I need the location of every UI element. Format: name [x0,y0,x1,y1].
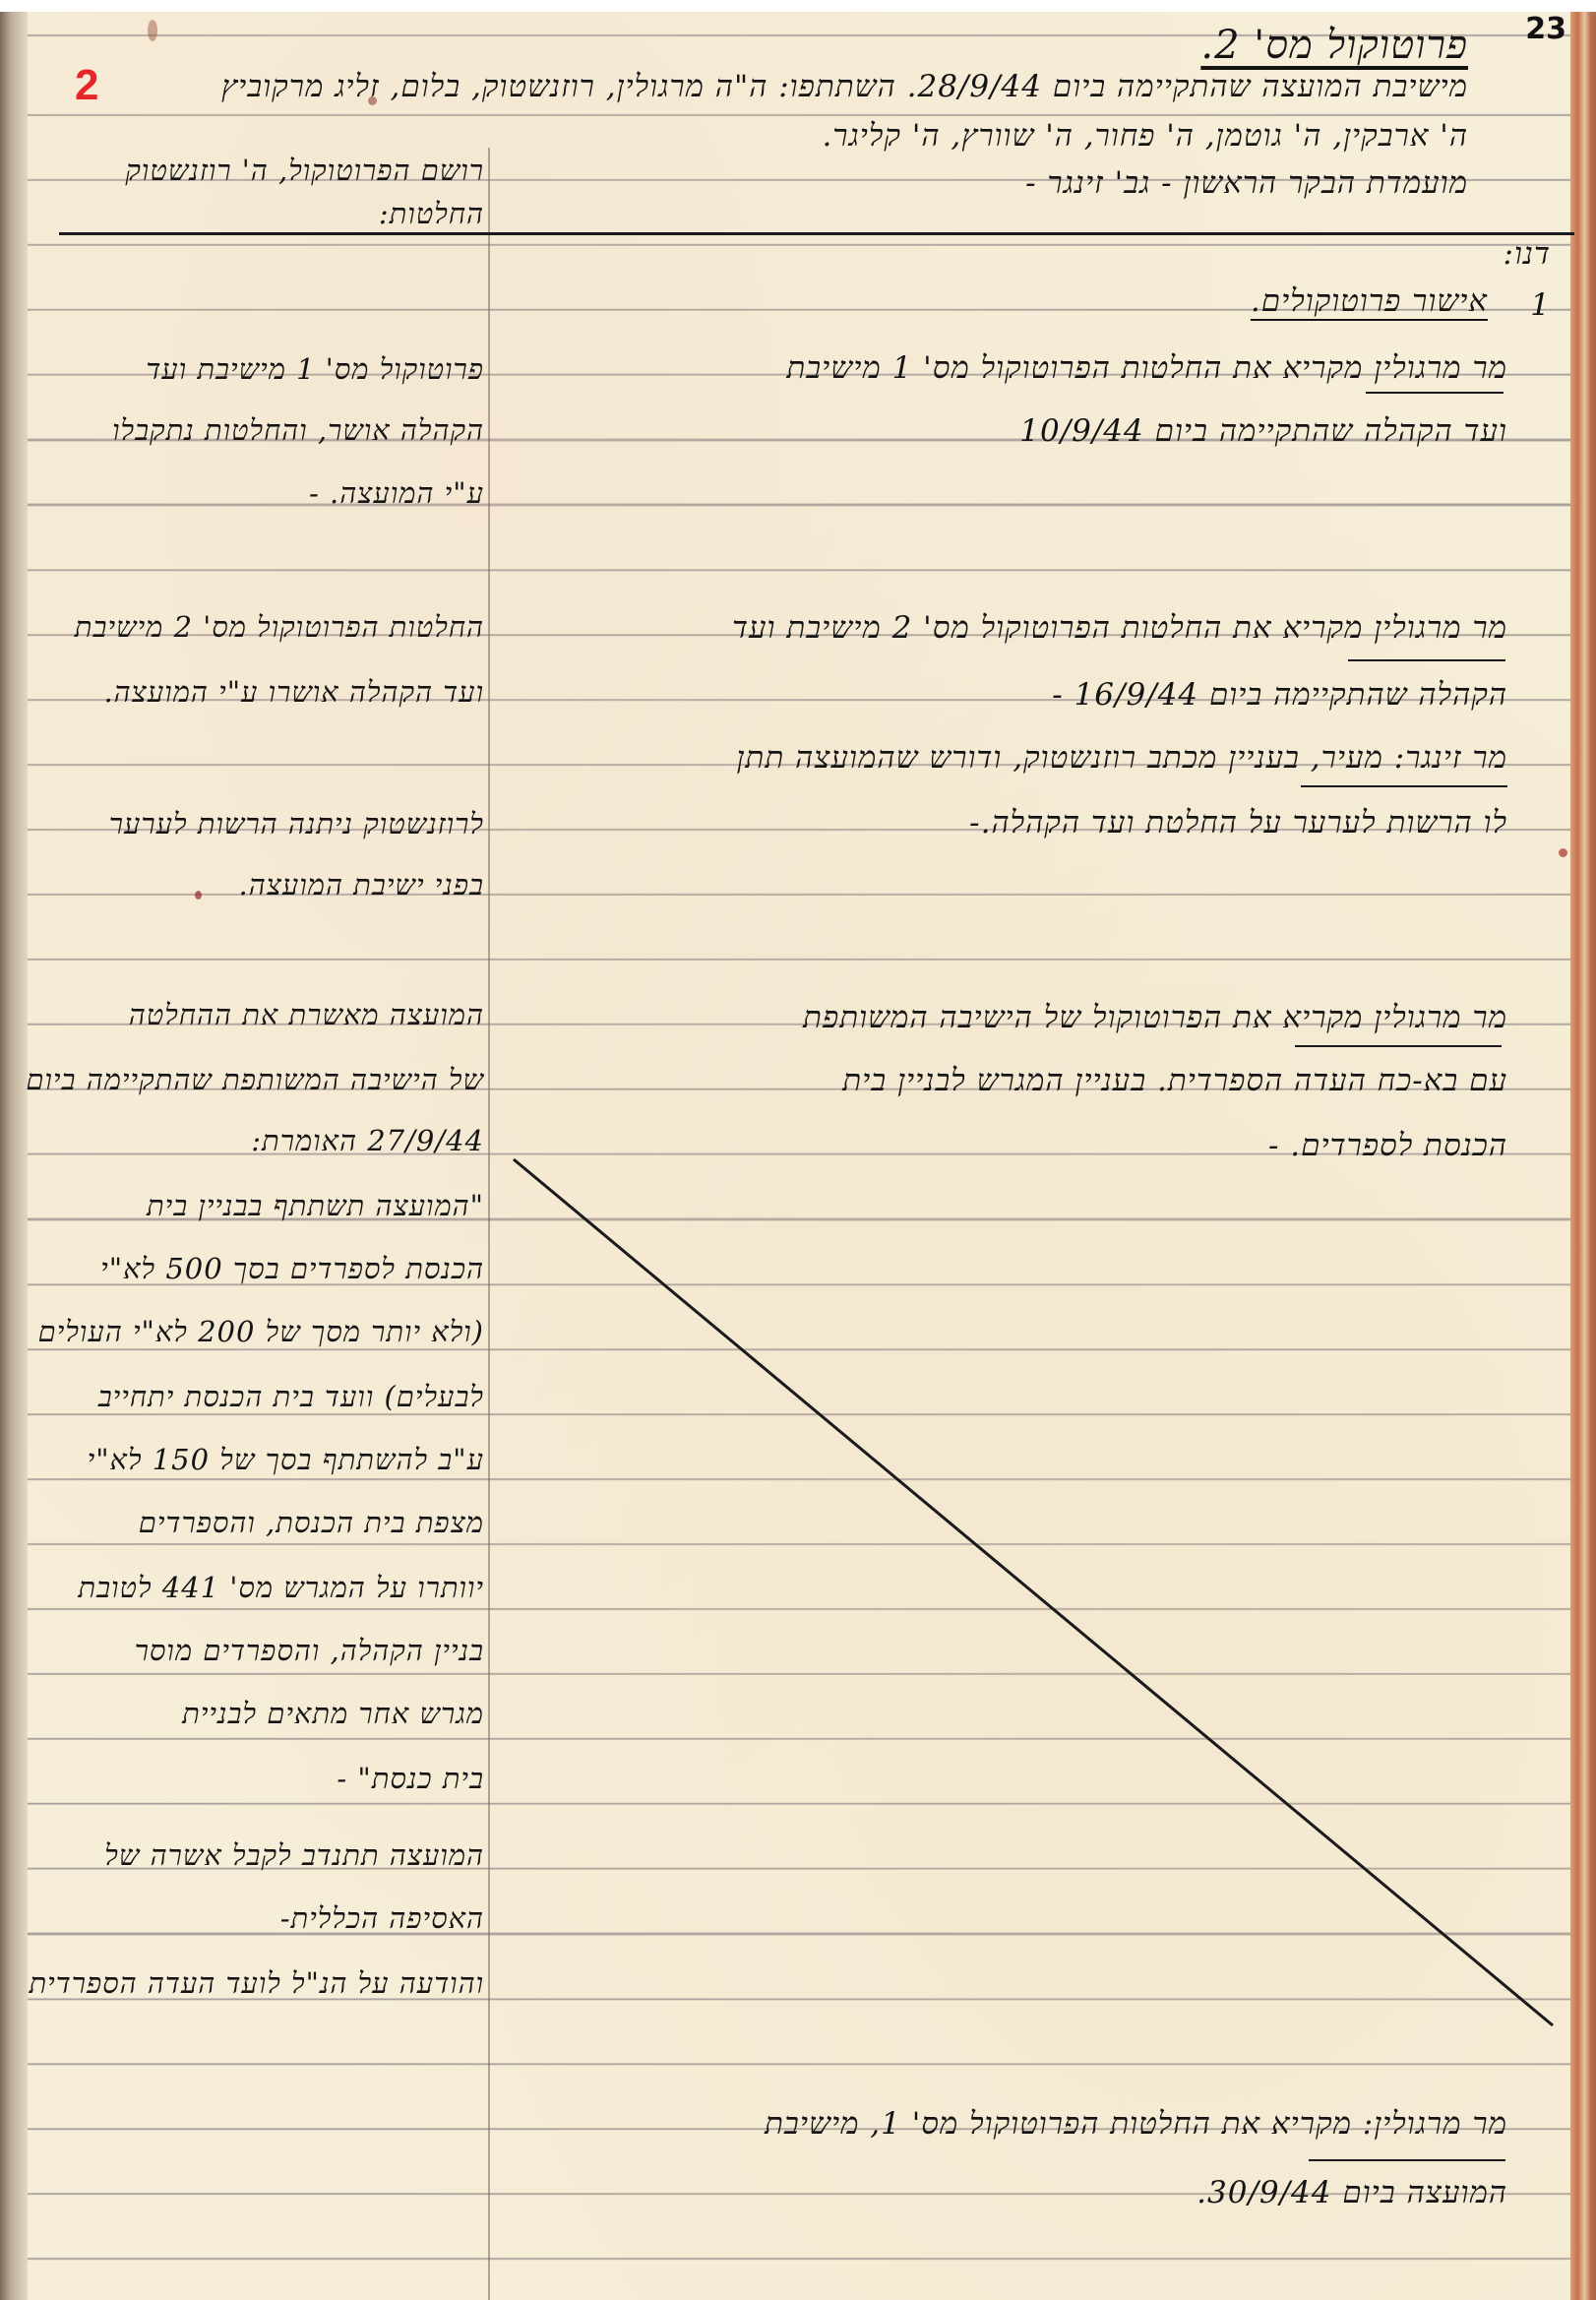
section-4-decision: לבעלים) וועד בית הכנסת יתחייב [98,1380,484,1414]
section-4-decision: יוותרו על המגרש מס' 441 לטובת [78,1571,484,1605]
section-4-decision: מצפת בית הכנסת, והספרדים [139,1506,484,1540]
section-5-body: מר מרגולין: מקריא את החלטות הפרוטוקול מס… [765,2106,1507,2142]
agenda-item-title: אישור פרוטוקולים. [1251,283,1488,319]
section-1-decision: פרוטוקול מס' 1 מישיבת ועד [146,352,484,387]
section-4-body: הכנסת לספרדים. - [1268,1128,1507,1163]
stain [148,20,157,41]
agenda-label: דנו: [1504,236,1551,272]
stain [195,891,202,900]
section-4-decision: (ולא יותר מסך של 200 לא"י העולים [38,1315,484,1349]
section-5-body: המועצה ביום 30/9/44. [1197,2175,1507,2210]
notebook-binding [0,12,28,2300]
header-line: מועמדת הבקר הראשון - גב' זינגר - [1025,165,1468,201]
section-4-decision: המועצה מאשרת את ההחלטה [129,998,484,1032]
section-1-decision: הקהלה אושר, והחלטות נתקבלו [112,413,484,448]
section-4-decision: בניין הקהלה, והספרדים מוסר [135,1634,484,1668]
section-4-decision: של הישיבה המשותפת שהתקיימה ביום [26,1063,484,1097]
section-4-body: מר מרגולין מקריא את הפרוטוקול של הישיבה … [803,1000,1507,1035]
agenda-item-number: 1 [1530,287,1551,323]
section-1-body: ועד הקהלה שהתקיימה ביום 10/9/44 [1019,413,1507,449]
margin-column-divider [488,148,490,2300]
section-3-decision: בפני ישיבת המועצה. [239,868,484,902]
page-edge [1570,12,1596,2300]
section-2-decision: החלטות הפרוטוקול מס' 2 מישיבת [75,610,484,645]
section-1-decision: ע"י המועצה. - [309,476,484,511]
section-4-decision: "המועצה תשתתף בבניין בית [147,1189,484,1223]
section-4-decision: מגרש אחר מתאים לבניית [182,1697,484,1731]
section-2-decision: ועד הקהלה אושרו ע"י המועצה. [103,675,484,710]
section-3-body: מר זינגר: מעיר, בעניין מכתב רוזנשטוק, וד… [737,740,1507,776]
section-4-decision: ע"ב להשתתף בסך של 150 לא"י [88,1443,484,1477]
section-4-decision: והודעה על הנ"ל לועד העדה הספרדית [29,1966,484,2001]
header-divider [59,232,1574,235]
speaker-underline [1295,1045,1502,1047]
header-line: מישיבת המועצה שהתקיימה ביום 28/9/44. השת… [221,69,1468,104]
section-2-body: מר מרגולין מקריא את החלטות הפרוטוקול מס'… [732,610,1507,646]
section-1-body: מר מרגולין מקריא את החלטות הפרוטוקול מס'… [786,350,1507,386]
section-3-body: לו הרשות לערער על החלטת ועד הקהלה.- [969,805,1507,840]
section-4-body: עם בא-כח העדה הספרדית. בעניין המגרש לבני… [842,1063,1507,1098]
minute-taker: רושם הפרוטוקול, ה' רוזנשטוק [125,154,484,188]
page-number: 23 [1525,12,1566,46]
section-2-body: הקהלה שהתקיימה ביום 16/9/44 - [1052,677,1507,713]
speaker-underline [1301,785,1507,787]
page-badge: 2 [75,61,98,110]
speaker-underline [1348,659,1505,661]
section-3-decision: לרוזנשטוק ניתנה הרשות לערער [109,807,484,841]
speaker-underline [1366,392,1504,394]
decisions-heading: החלטות: [379,197,484,231]
section-4-decision: האסיפה הכללית- [280,1901,484,1936]
section-4-decision: בית כנסת" - [337,1762,484,1796]
section-4-decision: 27/9/44 האומרת: [251,1124,484,1158]
document-title: פרוטוקול מס' 2. [1200,22,1468,68]
section-4-decision: הכנסת לספרדים בסך 500 לא"י [100,1252,484,1286]
stain [1559,848,1567,857]
speaker-underline [1309,2159,1505,2161]
header-line: ה' ארבקין, ה' גוטמן, ה' פחור, ה' שוורץ, … [822,118,1468,154]
section-4-decision: המועצה תתנדב לקבל אשרה של [104,1838,484,1873]
